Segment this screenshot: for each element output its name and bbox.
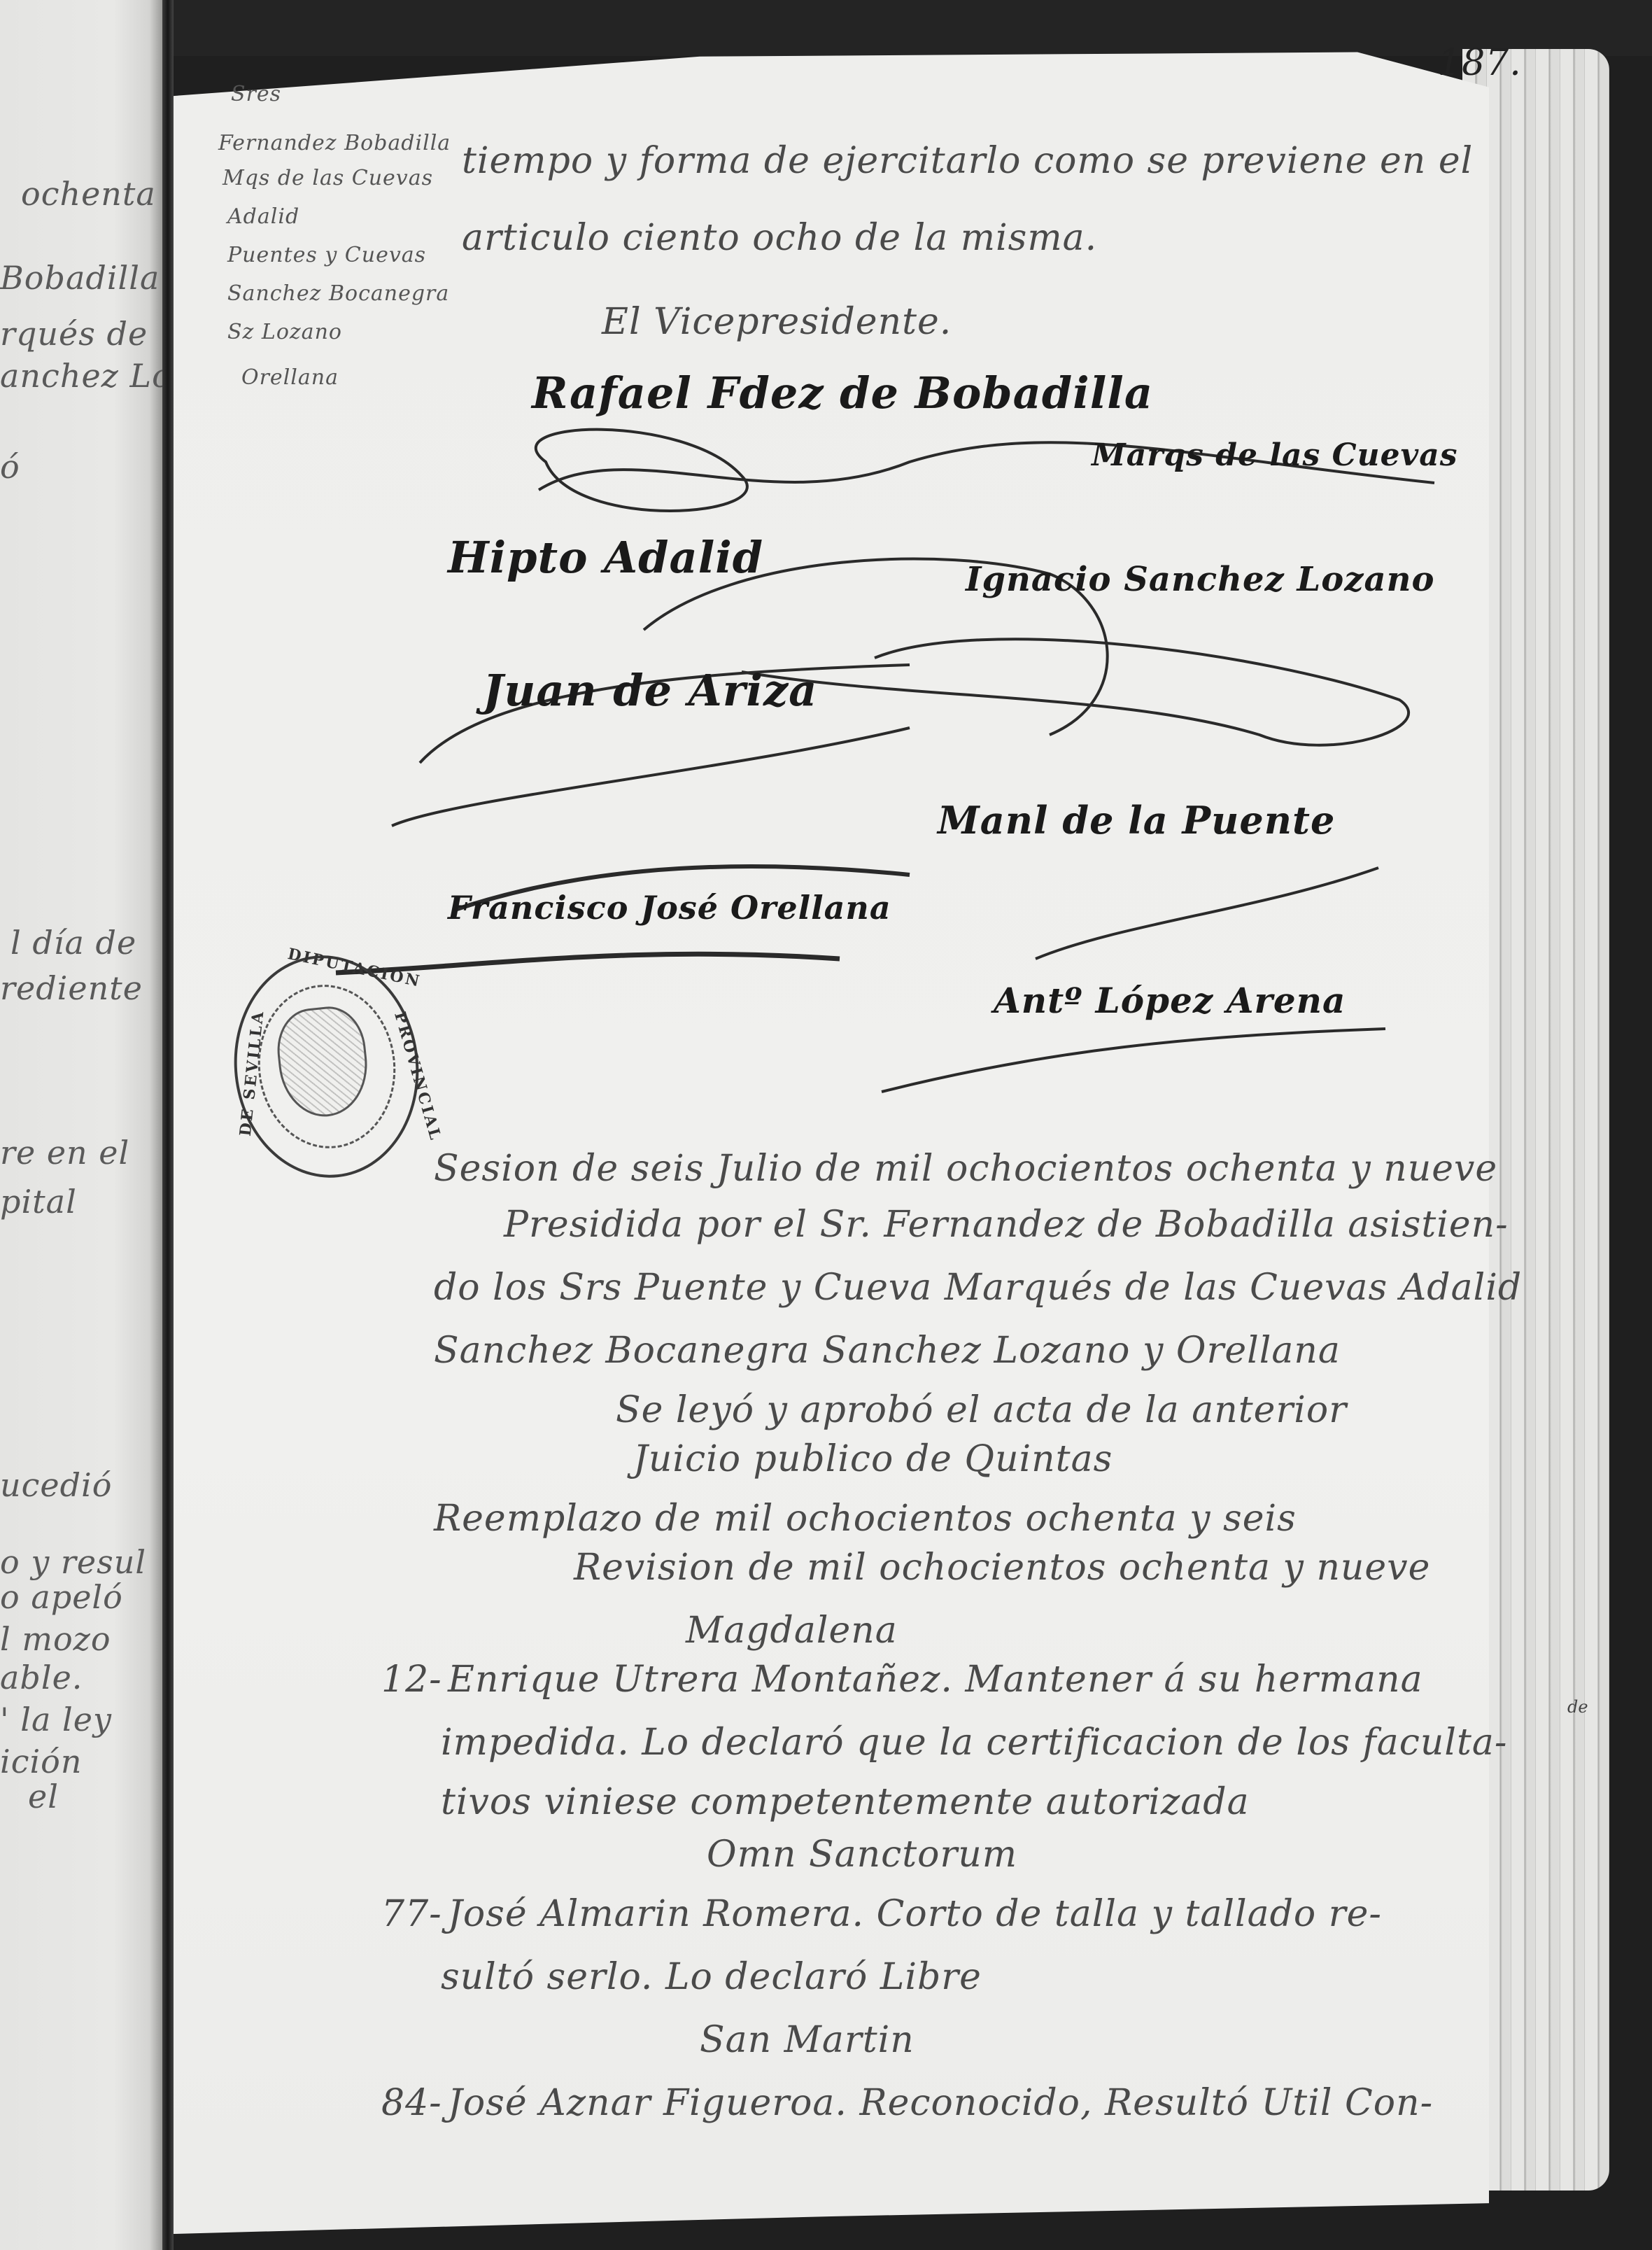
session-line: Sanchez Bocanegra Sanchez Lozano y Orell… <box>434 1330 1341 1372</box>
left-page-fragment: rqués de <box>0 315 148 353</box>
left-page-fragment: el <box>28 1778 59 1815</box>
case-number: 84- <box>381 2082 442 2124</box>
section-title: Juicio publico de Quintas <box>633 1438 1113 1480</box>
margin-attendee: Puentes y Cuevas <box>227 245 426 266</box>
left-page-fragment: re en el <box>0 1134 129 1172</box>
signature: Rafael Fdez de Bobadilla <box>532 367 1153 419</box>
left-page-fragment: ó <box>0 448 20 486</box>
margin-header: Sres <box>231 84 281 105</box>
margin-attendee: Adalid <box>227 206 299 227</box>
left-page-fragment: o y resul <box>0 1543 146 1581</box>
revision-line: Revision de mil ochocientos ochenta y nu… <box>574 1547 1430 1589</box>
reemplazo-line: Reemplazo de mil ochocientos ochenta y s… <box>434 1498 1297 1540</box>
parish-name: Magdalena <box>686 1610 898 1652</box>
signature: Francisco José Orellana <box>448 889 891 927</box>
margin-attendee: Mqs de las Cuevas <box>223 168 433 189</box>
left-page-fragment: ' la ley <box>0 1701 112 1738</box>
case-number: 12- <box>381 1659 442 1701</box>
signature: Manl de la Puente <box>938 798 1335 843</box>
session-line: Presidida por el Sr. Fernandez de Bobadi… <box>504 1204 1509 1246</box>
case-line: José Aznar Figueroa. Reconocido, Resultó… <box>448 2082 1433 2124</box>
left-page-fragment: ición <box>0 1743 83 1780</box>
case-line: sultó serlo. Lo declaró Libre <box>441 1956 982 1998</box>
margin-attendee: Sz Lozano <box>227 322 342 343</box>
signature: Hipto Adalid <box>448 532 763 583</box>
case-number: 77- <box>381 1893 442 1935</box>
left-page-fragment: ochenta <box>21 175 156 213</box>
book-gutter <box>162 0 174 2250</box>
left-page-fragment: rediente <box>0 969 143 1007</box>
case-line: tivos viniese competentemente autorizada <box>441 1781 1250 1823</box>
background-shadow <box>174 0 1652 56</box>
case-line: José Almarin Romera. Corto de talla y ta… <box>448 1893 1382 1935</box>
page-edge-mark: de <box>1567 1697 1588 1717</box>
signature: Ignacio Sanchez Lozano <box>966 560 1435 599</box>
left-page-fragment: able. <box>0 1659 83 1696</box>
left-page-fragment: o apeló <box>0 1578 123 1616</box>
case-line: Enrique Utrera Montañez. Mantener á su h… <box>448 1659 1423 1701</box>
parish-name: San Martin <box>700 2019 915 2061</box>
session-line: do los Srs Puente y Cueva Marqués de las… <box>434 1267 1522 1309</box>
left-page-fragment: pital <box>0 1183 77 1221</box>
folio-number: 187. <box>1438 42 1522 84</box>
left-page-fragment: l día de <box>10 924 136 962</box>
parish-name: Omn Sanctorum <box>707 1834 1017 1876</box>
margin-attendee: Fernandez Bobadilla <box>218 133 451 154</box>
left-page-fragment: l mozo <box>0 1620 111 1658</box>
left-facing-page: ochenta Bobadilla rqués de anchez Lo- ó … <box>0 0 162 2250</box>
left-page-fragment: ucedió <box>0 1466 112 1504</box>
signature: Antº López Arena <box>994 980 1346 1021</box>
session-heading: Sesion de seis Julio de mil ochocientos … <box>434 1148 1497 1190</box>
margin-attendee: Sanchez Bocanegra <box>227 283 449 304</box>
vicepresident-title: El Vicepresidente. <box>602 301 952 343</box>
continuation-line: tiempo y forma de ejercitarlo como se pr… <box>462 140 1473 182</box>
left-page-fragment: Bobadilla <box>0 259 160 297</box>
signature: Marqs de las Cuevas <box>1092 437 1458 473</box>
continuation-line: articulo ciento ocho de la misma. <box>462 217 1097 259</box>
case-line: impedida. Lo declaró que la certificacio… <box>441 1722 1507 1764</box>
signature: Juan de Ariza <box>483 665 817 716</box>
left-page-fragment: anchez Lo- <box>0 357 183 395</box>
minutes-approval: Se leyó y aprobó el acta de la anterior <box>616 1389 1347 1431</box>
margin-attendee: Orellana <box>241 367 339 388</box>
